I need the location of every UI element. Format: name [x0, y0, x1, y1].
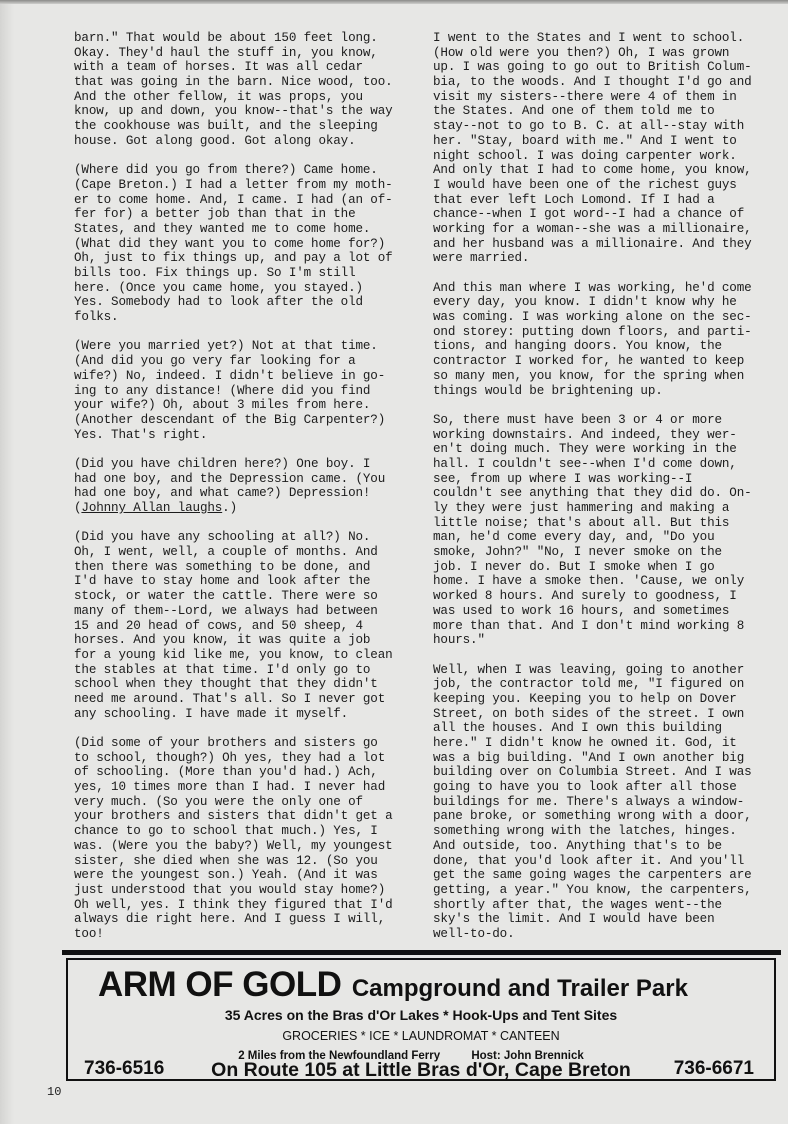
text-line: So, there must have been 3 or 4 or more [433, 413, 783, 428]
text-line: her. "Stay, board with me." And I went t… [433, 134, 783, 149]
text-line: sister, she died when she was 12. (So yo… [74, 854, 434, 869]
ad-business-type: Campground and Trailer Park [352, 975, 688, 1002]
text-line: Yes. That's right. [74, 428, 434, 443]
text-line: I'd have to stay home and look after the [74, 574, 434, 589]
text-line: Street, on both sides of the street. I o… [433, 707, 783, 722]
text-line: here." I didn't know he owned it. God, i… [433, 736, 783, 751]
text-line: horses. And you know, it was quite a job [74, 633, 434, 648]
text-line: were the youngest son.) Yeah. (And it wa… [74, 868, 434, 883]
text-line: of schooling. (More than you'd had.) Ach… [74, 765, 434, 780]
text-line: Oh well, yes. I think they figured that … [74, 898, 434, 913]
text-line: your wife?) Oh, about 3 miles from here. [74, 398, 434, 413]
text-line: (Johnny Allan laughs.) [74, 501, 434, 516]
text-line: building over on Columbia Street. And I … [433, 765, 783, 780]
paragraph: (Where did you go from there?) Came home… [74, 163, 434, 325]
ad-business-name: ARM OF GOLD [98, 965, 341, 1004]
ad-address-line: On Route 105 at Little Bras d'Or, Cape B… [68, 1059, 774, 1082]
page-number: 10 [47, 1085, 61, 1099]
text-line: couldn't see anything that they did do. … [433, 486, 783, 501]
text-line: I would have been one of the richest guy… [433, 178, 783, 193]
text-line: And only that I had to come home, you kn… [433, 163, 783, 178]
ad-phone-right: 736-6671 [674, 1058, 754, 1080]
ad-amenities-line: GROCERIES * ICE * LAUNDROMAT * CANTEEN [68, 1029, 774, 1043]
text-line: working for a woman--she was a millionai… [433, 222, 783, 237]
text-line: getting, a year." You know, the carpente… [433, 883, 783, 898]
text-line: up. I was going to go out to British Col… [433, 60, 783, 75]
ad-features-line: 35 Acres on the Bras d'Or Lakes * Hook-U… [68, 1007, 774, 1023]
text-line: ond storey: putting down floors, and par… [433, 325, 783, 340]
page-left-shadow [0, 4, 14, 1124]
text-line: with a team of horses. It was all cedar [74, 60, 434, 75]
text-line: had one boy, and what came?) Depression! [74, 486, 434, 501]
stage-direction: Johnny Allan laughs [81, 501, 222, 515]
text-line: well-to-do. [433, 927, 783, 942]
text-line: job, the contractor told me, "I figured … [433, 677, 783, 692]
text-line: stock, or water the cattle. There were s… [74, 589, 434, 604]
text-line: see, from up where I was working--I [433, 472, 783, 487]
text-line: tions, and hanging doors. You know, the [433, 339, 783, 354]
text-line: (Did some of your brothers and sisters g… [74, 736, 434, 751]
paragraph: And this man where I was working, he'd c… [433, 281, 783, 399]
text-line: Yes. Somebody had to look after the old [74, 295, 434, 310]
text-line: was used to work 16 hours, and sometimes [433, 604, 783, 619]
text-line: and her husband was a millionaire. And t… [433, 237, 783, 252]
text-line: here. (Once you came home, you stayed.) [74, 281, 434, 296]
text-line: (Did you have any schooling at all?) No. [74, 530, 434, 545]
text-line: er to come home. And, I came. I had (an … [74, 193, 434, 208]
text-line: (Did you have children here?) One boy. I [74, 457, 434, 472]
text-line: contractor I worked for, he wanted to ke… [433, 354, 783, 369]
text-line: working downstairs. And indeed, they wer… [433, 428, 783, 443]
text-line: (How old were you then?) Oh, I was grown [433, 46, 783, 61]
text-line: that was going in the barn. Nice wood, t… [74, 75, 434, 90]
text-line: bia, to the woods. And I thought I'd go … [433, 75, 783, 90]
text-line: ing to any distance! (Where did you find [74, 384, 434, 399]
text-line: visit my sisters--there were 4 of them i… [433, 90, 783, 105]
text-line: was a big building. "And I own another b… [433, 751, 783, 766]
text-line: had one boy, and the Depression came. (Y… [74, 472, 434, 487]
text-line: home. I have a smoke then. 'Cause, we on… [433, 574, 783, 589]
text-line: buildings for me. There's always a windo… [433, 795, 783, 810]
text-line: chance--when I got word--I had a chance … [433, 207, 783, 222]
text-line: your brothers and sisters that didn't ge… [74, 809, 434, 824]
text-line: chance to go to school that much.) Yes, … [74, 824, 434, 839]
text-line: all the houses. And I own this building [433, 721, 783, 736]
text-line: more than that. And I don't mind working… [433, 619, 783, 634]
text-line: the States. And one of them told me to [433, 104, 783, 119]
text-line: (Where did you go from there?) Came home… [74, 163, 434, 178]
text-line: was. (Were you the baby?) Well, my young… [74, 839, 434, 854]
left-text-column: barn." That would be about 150 feet long… [74, 31, 434, 956]
text-line: (And did you go very far looking for a [74, 354, 434, 369]
paragraph: (Did you have any schooling at all?) No.… [74, 530, 434, 721]
paragraph: (Did some of your brothers and sisters g… [74, 736, 434, 942]
text-line: (What did they want you to come home for… [74, 237, 434, 252]
text-line: sky's the limit. And I would have been [433, 912, 783, 927]
text-line: need me around. That's all. So I never g… [74, 692, 434, 707]
text-line: keeping you. Keeping you to help on Dove… [433, 692, 783, 707]
text-line: man, he'd come every day, and, "Do you [433, 530, 783, 545]
text-line: know, up and down, you know--that's the … [74, 104, 434, 119]
text-line: every day, you know. I didn't know why h… [433, 295, 783, 310]
text-line: for a young kid like me, you know, to cl… [74, 648, 434, 663]
text-line: get the same going wages the carpenters … [433, 868, 783, 883]
right-text-column: I went to the States and I went to schoo… [433, 31, 783, 956]
ad-phone-left: 736-6516 [84, 1058, 164, 1080]
text-line: any schooling. I have made it myself. [74, 707, 434, 722]
text-line: folks. [74, 310, 434, 325]
text-line: States, and they wanted me to come home. [74, 222, 434, 237]
paragraph: barn." That would be about 150 feet long… [74, 31, 434, 149]
text-line: (Another descendant of the Big Carpenter… [74, 413, 434, 428]
text-line: Oh, just to fix things up, and pay a lot… [74, 251, 434, 266]
text-line: the stables at that time. I'd only go to [74, 663, 434, 678]
text-line: stay--not to go to B. C. at all--stay wi… [433, 119, 783, 134]
text-line: job. I never do. But I smoke when I go [433, 560, 783, 575]
text-line: (Cape Breton.) I had a letter from my mo… [74, 178, 434, 193]
text-line: then there was something to be done, and [74, 560, 434, 575]
text-line: (Were you married yet?) Not at that time… [74, 339, 434, 354]
page-top-edge [0, 0, 788, 4]
text-line: so many men, you know, for the spring wh… [433, 369, 783, 384]
text-line: things would be brightening up. [433, 384, 783, 399]
text-line: done, that you'd look after it. And you'… [433, 854, 783, 869]
text-line: worked 8 hours. And surely to goodness, … [433, 589, 783, 604]
arm-of-gold-advertisement: ARM OF GOLD Campground and Trailer Park … [66, 958, 776, 1081]
text-line: hall. I couldn't see--when I'd come down… [433, 457, 783, 472]
text-line: en't doing much. They were working in th… [433, 442, 783, 457]
paragraph: (Did you have children here?) One boy. I… [74, 457, 434, 516]
paragraph: So, there must have been 3 or 4 or morew… [433, 413, 783, 648]
text-line: always die right here. And I guess I wil… [74, 912, 434, 927]
text-line: night school. I was doing carpenter work… [433, 149, 783, 164]
text-line: very much. (So you were the only one of [74, 795, 434, 810]
text-line: barn." That would be about 150 feet long… [74, 31, 434, 46]
text-line: hours." [433, 633, 783, 648]
text-line: going to have you to look after all thos… [433, 780, 783, 795]
text-line: shortly after that, the wages went--the [433, 898, 783, 913]
text-line: many of them--Lord, we always had betwee… [74, 604, 434, 619]
text-line: fer for) a better job than that in the [74, 207, 434, 222]
text-line: school when they thought that they didn'… [74, 677, 434, 692]
text-line: was coming. I was working alone on the s… [433, 310, 783, 325]
text-line: Well, when I was leaving, going to anoth… [433, 663, 783, 678]
text-line: And the other fellow, it was props, you [74, 90, 434, 105]
paragraph: (Were you married yet?) Not at that time… [74, 339, 434, 442]
text-line: smoke, John?" "No, I never smoke on the [433, 545, 783, 560]
ad-headline: ARM OF GOLD Campground and Trailer Park [98, 965, 688, 1005]
text-line: that ever left Loch Lomond. If I had a [433, 193, 783, 208]
paragraph: I went to the States and I went to schoo… [433, 31, 783, 266]
text-line: the cookhouse was built, and the sleepin… [74, 119, 434, 134]
text-line: were married. [433, 251, 783, 266]
text-line: Okay. They'd haul the stuff in, you know… [74, 46, 434, 61]
ad-top-rule [62, 950, 781, 955]
text-line: too! [74, 927, 434, 942]
text-line: wife?) No, indeed. I didn't believe in g… [74, 369, 434, 384]
text-line: house. Got along good. Got along okay. [74, 134, 434, 149]
text-line: And outside, too. Anything that's to be [433, 839, 783, 854]
text-line: bills too. Fix things up. So I'm still [74, 266, 434, 281]
text-line: to school, though?) Oh yes, they had a l… [74, 751, 434, 766]
text-line: I went to the States and I went to schoo… [433, 31, 783, 46]
text-line: And this man where I was working, he'd c… [433, 281, 783, 296]
text-line: 15 and 20 head of cows, and 50 sheep, 4 [74, 619, 434, 634]
text-line: something wrong with the latches, hinges… [433, 824, 783, 839]
text-line: pane broke, or something wrong with a do… [433, 809, 783, 824]
text-line: just understood that you would stay home… [74, 883, 434, 898]
text-line: Oh, I went, well, a couple of months. An… [74, 545, 434, 560]
text-line: ly they were just hammering and making a [433, 501, 783, 516]
text-line: little noise; that's about all. But this [433, 516, 783, 531]
text-line: yes, 10 times more than I had. I never h… [74, 780, 434, 795]
paragraph: Well, when I was leaving, going to anoth… [433, 663, 783, 942]
